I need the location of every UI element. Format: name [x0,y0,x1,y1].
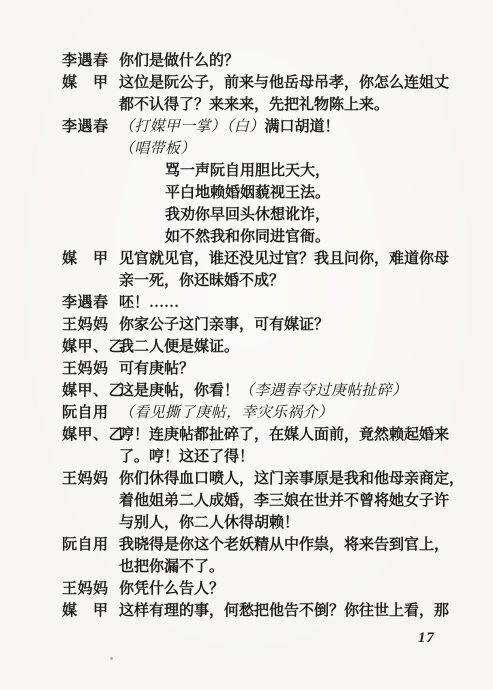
dialogue-text: （打媒甲一掌）（白）满口胡道！ [119,116,340,138]
script-line: 媒甲、乙 哼！连庚帖都扯碎了，在媒人面前，竟然赖起婚来 [62,424,463,446]
dialogue-text: （唱带板） [119,138,196,160]
script-line: 王妈妈 你凭什么告人？ [62,578,463,600]
speaker-name: 阮自用 [62,534,119,556]
script-line: 王妈妈 可有庚帖？ [62,358,463,380]
sung-verse-line: 如不然我和你同进官衙。 [62,226,463,248]
script-line-continuation: 亲一死，你还昧婚不成？ [62,270,463,292]
script-line: 李遇春 呸！…… [62,292,463,314]
stage-direction: （唱带板） [119,141,196,157]
script-line: 王妈妈 你们休得血口喷人，这门亲事原是我和他母亲商定， [62,468,463,490]
dialogue-text: 亲一死，你还昧婚不成？ [119,270,284,292]
scan-artifact-dot [110,657,113,660]
script-line: 李遇春 你们是做什么的？ [62,50,463,72]
verse-text: 骂一声阮自用胆比天大， [119,160,330,182]
script-line: 阮自用 （看见撕了庚帖，幸灾乐祸介） [62,402,463,424]
book-page: 李遇春 你们是做什么的？ 媒 甲 这位是阮公子，前来与他岳母吊孝，你怎么连姐丈 … [0,0,493,690]
dialogue-text: 你凭什么告人？ [119,578,224,600]
dialogue-text: 你们是做什么的？ [119,50,239,72]
dialogue-text: 这位是阮公子，前来与他岳母吊孝，你怎么连姐丈 [119,72,449,94]
speaker-name: 阮自用 [62,402,119,424]
speaker-name: 王妈妈 [62,578,119,600]
script-line-continuation: 与别人，你二人休得胡赖！ [62,512,463,534]
dialogue-text: 我晓得是你这个老妖精从中作祟，将来告到官上， [119,534,449,556]
script-line: 李遇春 （打媒甲一掌）（白）满口胡道！ [62,116,463,138]
stage-direction: （看见撕了庚帖，幸灾乐祸介） [119,405,333,421]
speaker-name: 李遇春 [62,292,119,314]
speaker-name: 媒甲、乙 [62,380,119,402]
dialogue-text: 我二人便是媒证。 [119,336,239,358]
script-line: 媒 甲 这位是阮公子，前来与他岳母吊孝，你怎么连姐丈 [62,72,463,94]
script-line-continuation: 着他姐弟二人成婚，李三娘在世并不曾将她女子许 [62,490,463,512]
script-line: 媒 甲 见官就见官，谁还没见过官？我且问你，难道你母 [62,248,463,270]
script-line: 媒甲、乙 这是庚帖，你看！（李遇春夺过庚帖扯碎） [62,380,463,402]
speaker-name: 媒甲、乙 [62,336,119,358]
dialogue-text: 呸！…… [119,292,179,314]
sung-verse-line: 我劝你早回头休想讹诈， [62,204,463,226]
dialogue-text: 见官就见官，谁还没见过官？我且问你，难道你母 [119,248,449,270]
dialogue-text: 着他姐弟二人成婚，李三娘在世并不曾将她女子许 [119,490,449,512]
verse-text: 我劝你早回头休想讹诈， [119,204,330,226]
speaker-name: 王妈妈 [62,358,119,380]
sung-verse-line: 平白地赖婚姻藐视王法。 [62,182,463,204]
script-line: 媒甲、乙 我二人便是媒证。 [62,336,463,358]
script-line-continuation: 都不认得了？来来来，先把礼物陈上来。 [62,94,463,116]
dialogue-text: 可有庚帖？ [119,358,194,380]
script-text-block: 李遇春 你们是做什么的？ 媒 甲 这位是阮公子，前来与他岳母吊孝，你怎么连姐丈 … [62,50,463,622]
dialogue-text: 都不认得了？来来来，先把礼物陈上来。 [119,94,389,116]
dialogue-text: 了。哼！这还了得！ [119,446,254,468]
speaker-name: 媒甲、乙 [62,424,119,446]
dialogue-text: 这样有理的事，何愁把他告不倒？你往世上看，那 [119,600,449,622]
stage-direction: （李遇春夺过庚帖扯碎） [239,383,407,399]
speaker-name: 李遇春 [62,116,119,138]
script-line-continuation: 也把你漏不了。 [62,556,463,578]
page-number: 17 [418,630,435,647]
stage-direction: （打媒甲一掌）（白） [119,119,265,135]
speaker-name: 媒 甲 [62,600,119,622]
verse-text: 平白地赖婚姻藐视王法。 [119,182,330,204]
script-line-continuation: 了。哼！这还了得！ [62,446,463,468]
speaker-name: 王妈妈 [62,468,119,490]
speaker-name: 王妈妈 [62,314,119,336]
verse-text: 如不然我和你同进官衙。 [119,226,330,248]
script-line: 王妈妈 你家公子这门亲事，可有媒证？ [62,314,463,336]
speaker-name: 媒 甲 [62,248,119,270]
speaker-name: 媒 甲 [62,72,119,94]
dialogue-text: 哼！连庚帖都扯碎了，在媒人面前，竟然赖起婚来 [119,424,449,446]
dialogue-text: 这是庚帖，你看！（李遇春夺过庚帖扯碎） [119,380,407,402]
dialogue-text: 也把你漏不了。 [119,556,224,578]
script-line-continuation: （唱带板） [62,138,463,160]
speaker-name: 李遇春 [62,50,119,72]
script-line: 阮自用 我晓得是你这个老妖精从中作祟，将来告到官上， [62,534,463,556]
dialogue-text: （看见撕了庚帖，幸灾乐祸介） [119,402,333,424]
sung-verse-line: 骂一声阮自用胆比天大， [62,160,463,182]
script-line: 媒 甲 这样有理的事，何愁把他告不倒？你往世上看，那 [62,600,463,622]
dialogue-text: 与别人，你二人休得胡赖！ [119,512,299,534]
dialogue-text: 你家公子这门亲事，可有媒证？ [119,314,329,336]
dialogue-text: 你们休得血口喷人，这门亲事原是我和他母亲商定， [119,468,464,490]
